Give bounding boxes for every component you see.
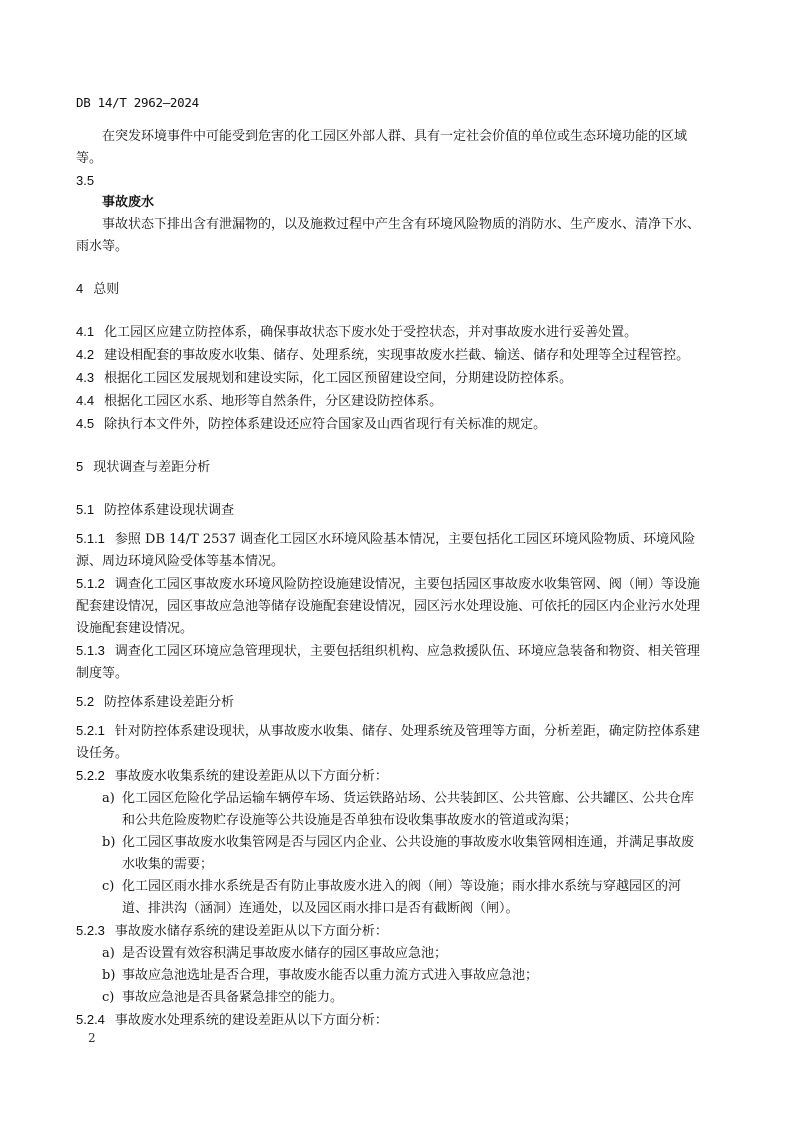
clause-4-5: 4.5除执行本文件外，防控体系建设还应符合国家及山西省现行有关标准的规定。 bbox=[76, 413, 700, 436]
term-definition: 事故状态下排出含有泄漏物的，以及施救过程中产生含有环境风险物质的消防水、生产废水… bbox=[76, 214, 700, 258]
clause-4-1: 4.1化工园区应建立防控体系，确保事故状态下废水处于受控状态，并对事故废水进行妥… bbox=[76, 321, 700, 344]
clause-5-2-3: 5.2.3事故废水储存系统的建设差距从以下方面分析： bbox=[76, 920, 700, 943]
clause-4-3: 4.3根据化工园区发展规划和建设实际，化工园区预留建设空间，分期建设防控体系。 bbox=[76, 367, 700, 390]
section-number: 5 bbox=[76, 456, 83, 478]
list-item: a)化工园区危险化学品运输车辆停车场、货运铁路站场、公共装卸区、公共管廊、公共罐… bbox=[76, 788, 700, 832]
list-item: c)化工园区雨水排水系统是否有防止事故废水进入的阀（闸）等设施；雨水排水系统与穿… bbox=[76, 876, 700, 920]
page-number: 2 bbox=[88, 1031, 96, 1045]
document-code-header: DB 14/T 2962—2024 bbox=[76, 95, 199, 110]
list-item: b)化工园区事故废水收集管网是否与园区内企业、公共设施的事故废水收集管网相连通，… bbox=[76, 832, 700, 876]
list-item: a)是否设置有效容积满足事故废水储存的园区事故应急池； bbox=[76, 943, 700, 965]
clause-4-4: 4.4根据化工园区水系、地形等自然条件，分区建设防控体系。 bbox=[76, 390, 700, 413]
list-item: b)事故应急池选址是否合理，事故废水能否以重力流方式进入事故应急池； bbox=[76, 965, 700, 987]
term-title: 事故废水 bbox=[76, 192, 700, 214]
clause-5-1-1: 5.1.1参照 DB 14/T 2537 调查化工园区水环境风险基本情况，主要包… bbox=[76, 528, 700, 573]
clause-5-2-4: 5.2.4事故废水处理系统的建设差距从以下方面分析： bbox=[76, 1009, 700, 1032]
clause-5-1-2: 5.1.2调查化工园区事故废水环境风险防控设施建设情况，主要包括园区事故废水收集… bbox=[76, 573, 700, 640]
document-page: DB 14/T 2962—2024 在突发环境事件中可能受到危害的化工园区外部人… bbox=[0, 0, 794, 1123]
section-title: 总则 bbox=[93, 282, 119, 297]
section-number: 4 bbox=[76, 278, 83, 300]
subsection-5-1-heading: 5.1防控体系建设现状调查 bbox=[76, 499, 700, 522]
intro-continuation: 在突发环境事件中可能受到危害的化工园区外部人群、具有一定社会价值的单位或生态环境… bbox=[76, 126, 700, 170]
section-title: 现状调查与差距分析 bbox=[93, 460, 210, 475]
section-4-heading: 4总则 bbox=[76, 278, 700, 301]
clause-4-2: 4.2建设相配套的事故废水收集、储存、处理系统，实现事故废水拦截、输送、储存和处… bbox=[76, 344, 700, 367]
clause-5-2-1: 5.2.1针对防控体系建设现状，从事故废水收集、储存、处理系统及管理等方面，分析… bbox=[76, 720, 700, 765]
subsection-5-2-heading: 5.2防控体系建设差距分析 bbox=[76, 691, 700, 714]
clause-5-1-3: 5.1.3调查化工园区环境应急管理现状，主要包括组织机构、应急救援队伍、环境应急… bbox=[76, 640, 700, 685]
list-item: c)事故应急池是否具备紧急排空的能力。 bbox=[76, 987, 700, 1009]
term-number: 3.5 bbox=[76, 170, 700, 192]
section-5-heading: 5现状调查与差距分析 bbox=[76, 456, 700, 479]
clause-5-2-2: 5.2.2事故废水收集系统的建设差距从以下方面分析： bbox=[76, 765, 700, 788]
page-content: 在突发环境事件中可能受到危害的化工园区外部人群、具有一定社会价值的单位或生态环境… bbox=[76, 126, 700, 1032]
